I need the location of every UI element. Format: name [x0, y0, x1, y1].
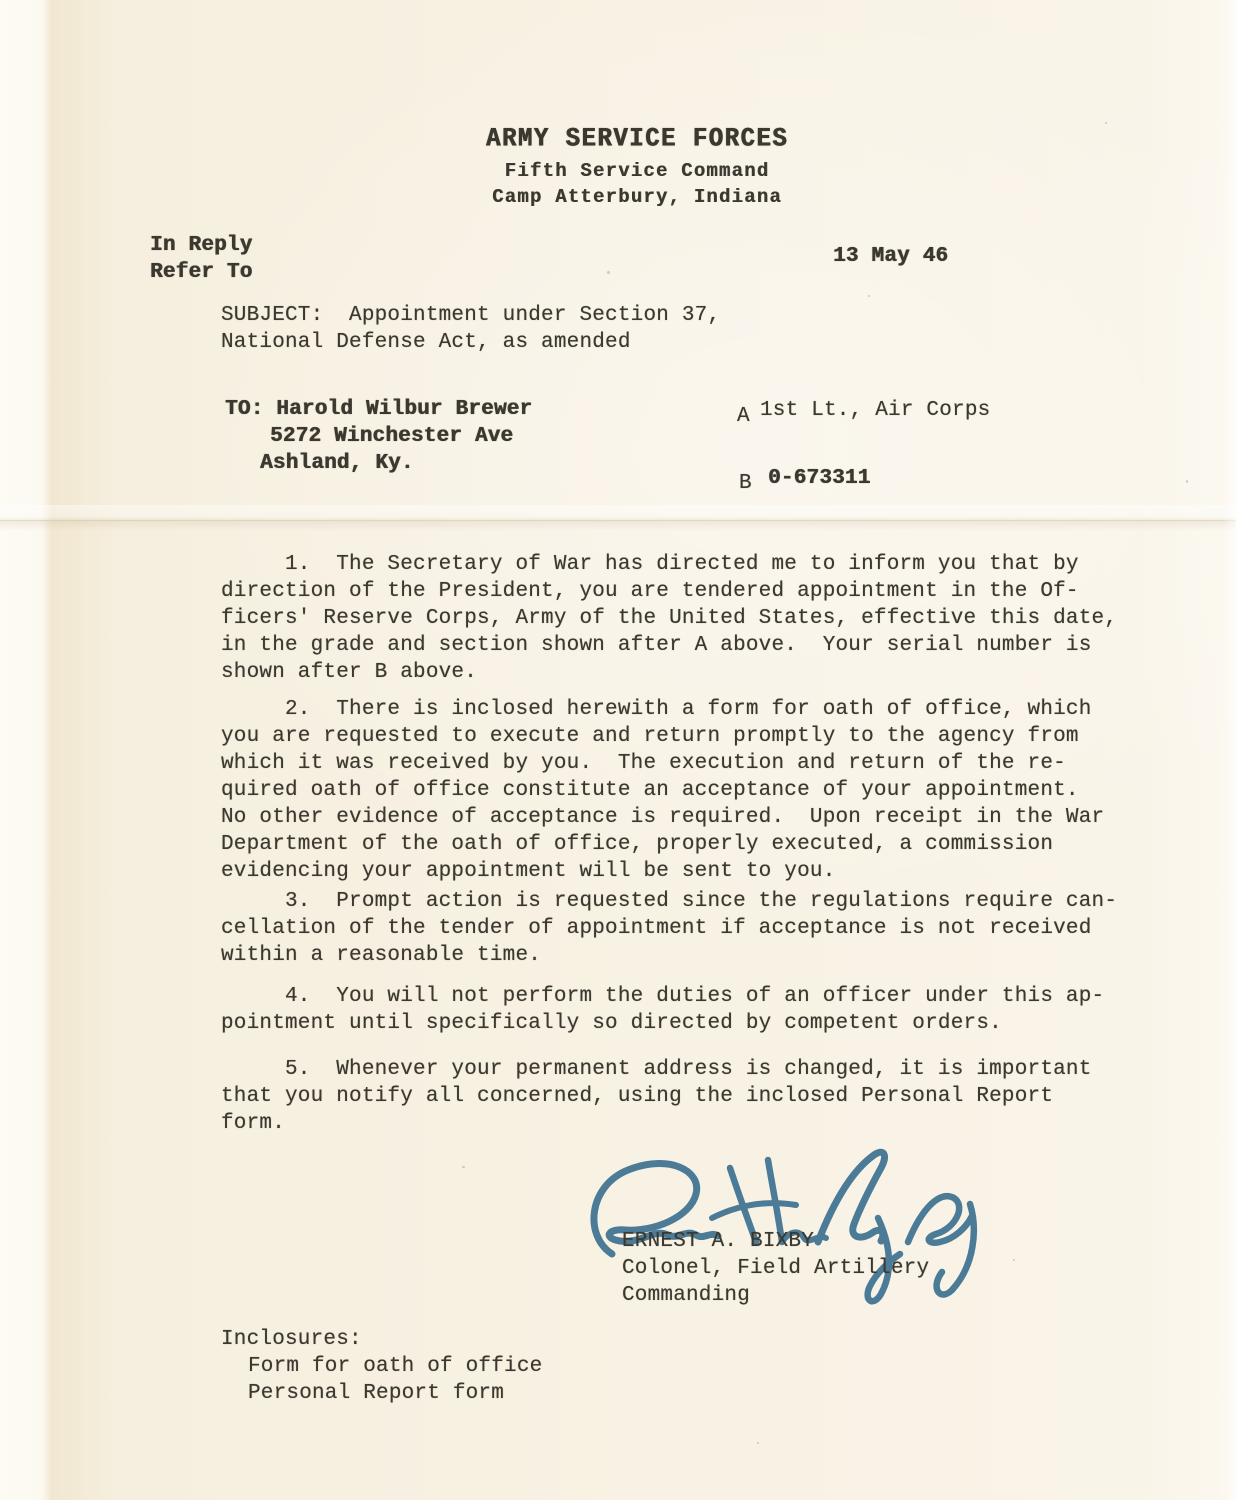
- designation-b-label: B: [739, 470, 752, 497]
- designation-a-value: 1st Lt., Air Corps: [760, 397, 990, 424]
- subject-block: SUBJECT: Appointment under Section 37, N…: [221, 302, 720, 356]
- letterhead-command: Fifth Service Command: [420, 158, 854, 185]
- paper-speck: [1186, 480, 1188, 483]
- letterhead-location: Camp Atterbury, Indiana: [420, 184, 854, 211]
- paper-speck: [607, 271, 610, 274]
- designation-b-value: 0-673311: [768, 465, 870, 492]
- inclosure-item: Personal Report form: [248, 1380, 504, 1407]
- signatory-role: Commanding: [622, 1282, 750, 1309]
- paragraph-3: 3. Prompt action is requested since the …: [221, 888, 1117, 969]
- paper-speck: [462, 1166, 465, 1168]
- signatory-typed-name: ERNEST A. BIXBY: [622, 1228, 814, 1255]
- letter-date: 13 May 46: [833, 243, 948, 270]
- fold-crease-line: [0, 520, 1236, 521]
- paragraph-5: 5. Whenever your permanent address is ch…: [221, 1056, 1092, 1137]
- letterhead-org: ARMY SERVICE FORCES: [420, 124, 854, 154]
- signatory-rank: Colonel, Field Artillery: [622, 1255, 929, 1282]
- fold-crease: [0, 505, 1236, 531]
- recipient-city-line: Ashland, Ky.: [260, 450, 414, 477]
- paragraph-2: 2. There is inclosed herewith a form for…: [221, 696, 1104, 885]
- designation-a-label: A: [737, 403, 750, 430]
- paper-right-edge: [1222, 0, 1236, 1500]
- in-reply-refer-to: In Reply Refer To: [150, 232, 252, 286]
- paper-speck: [868, 295, 870, 297]
- paper-speck: [1013, 1259, 1015, 1261]
- paper-speck: [1105, 122, 1107, 124]
- recipient-name-line: TO: Harold Wilbur Brewer: [225, 396, 532, 423]
- paragraph-4: 4. You will not perform the duties of an…: [221, 983, 1104, 1037]
- recipient-address-line: 5272 Winchester Ave: [270, 423, 513, 450]
- inclosure-item: Form for oath of office: [248, 1353, 542, 1380]
- paragraph-1: 1. The Secretary of War has directed me …: [221, 551, 1117, 686]
- paper-speck: [757, 1442, 759, 1444]
- inclosures-heading: Inclosures:: [221, 1326, 362, 1353]
- scanned-letter-page: ARMY SERVICE FORCES Fifth Service Comman…: [0, 0, 1236, 1500]
